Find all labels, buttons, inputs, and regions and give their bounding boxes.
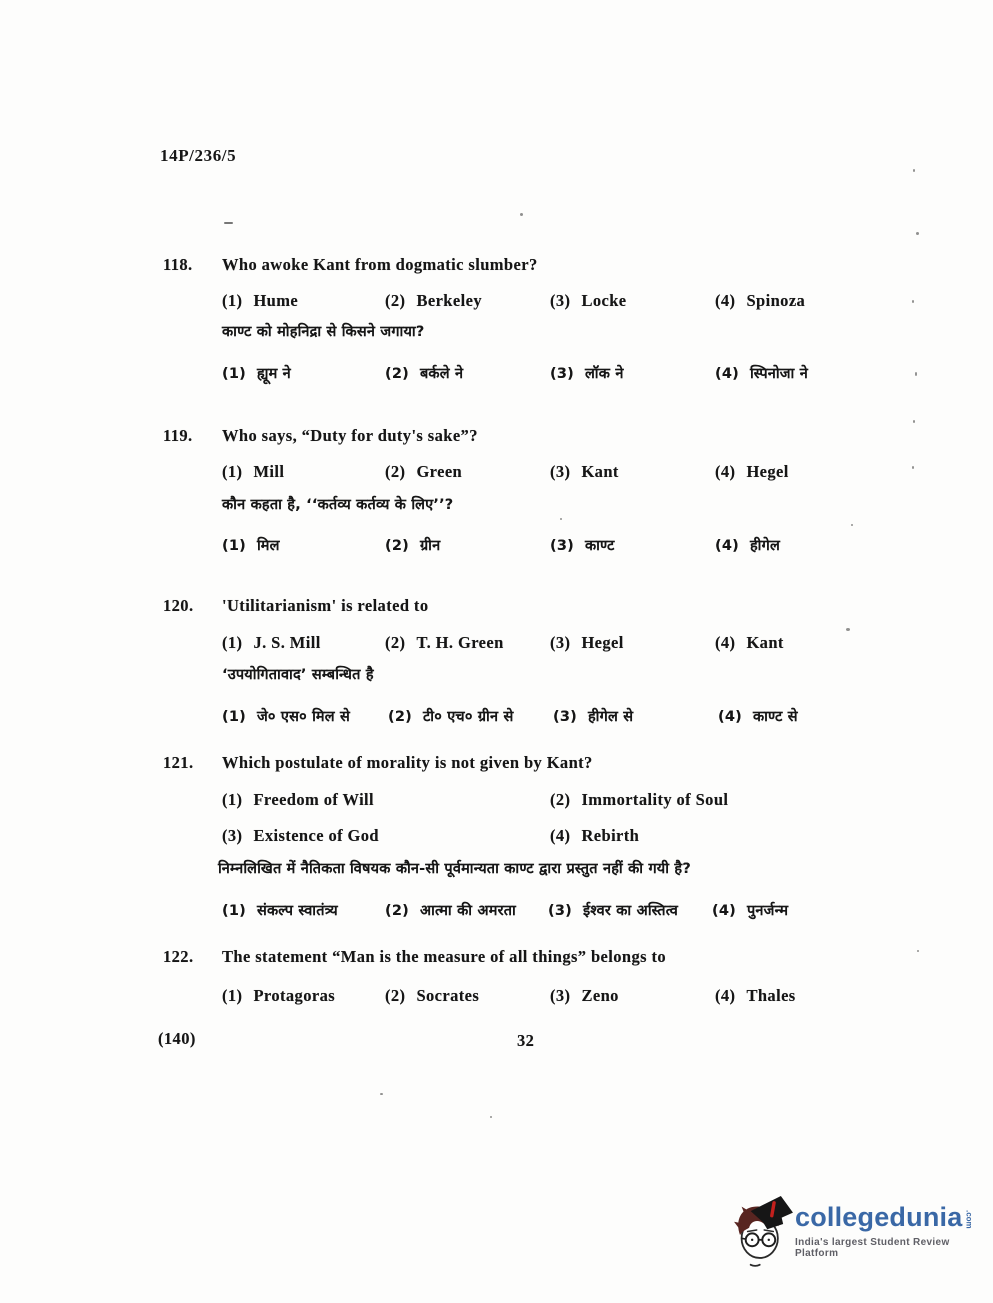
- option: (1)Mill: [222, 462, 284, 482]
- option-label: Thales: [746, 986, 795, 1005]
- option: (2)आत्मा की अमरता: [385, 900, 516, 920]
- option-label: ह्यूम ने: [257, 366, 291, 382]
- paper-code: 14P/236/5: [160, 146, 236, 166]
- option: (4)पुनर्जन्म: [712, 900, 788, 920]
- option: (2)बर्कले ने: [385, 363, 463, 383]
- option-label: Kant: [746, 633, 783, 652]
- scan-speckle: [915, 372, 917, 376]
- page-number: 32: [517, 1031, 534, 1051]
- option-label: Hume: [253, 291, 298, 310]
- option-number: (4): [712, 903, 736, 919]
- question-text-en: The statement “Man is the measure of all…: [222, 947, 666, 966]
- scan-speckle: [913, 169, 915, 172]
- option-number: (4): [718, 709, 742, 725]
- question-120: 120.'Utilitarianism' is related to: [163, 596, 428, 616]
- option-label: Berkeley: [416, 291, 482, 310]
- option-label: Rebirth: [581, 826, 639, 845]
- option-number: (2): [385, 291, 405, 310]
- scan-speckle: [912, 300, 914, 303]
- question-121-options-en-row1: (1)Freedom of Will (2)Immortality of Sou…: [0, 790, 993, 812]
- option-number: (4): [715, 633, 735, 652]
- question-119-hindi: कौन कहता है, ‘‘कर्तव्य कर्तव्य के लिए’’?: [222, 494, 453, 514]
- option-label: T. H. Green: [416, 633, 503, 652]
- question-121-options-en-row2: (3)Existence of God (4)Rebirth: [0, 826, 993, 848]
- option-label: Mill: [253, 462, 284, 481]
- option: (2)ग्रीन: [385, 535, 440, 555]
- option-label: Hegel: [746, 462, 788, 481]
- option-number: (1): [222, 986, 242, 1005]
- option: (3)Hegel: [550, 633, 624, 653]
- collegedunia-logo-text: collegedunia.com India's largest Student…: [795, 1204, 991, 1259]
- question-number: 119.: [163, 426, 222, 446]
- question-text-en: Which postulate of morality is not given…: [222, 753, 593, 772]
- option: (4)Spinoza: [715, 291, 805, 311]
- collegedunia-mascot-icon: [731, 1188, 799, 1272]
- question-122: 122.The statement “Man is the measure of…: [163, 947, 666, 967]
- option-label: Green: [416, 462, 462, 481]
- option: (3)Zeno: [550, 986, 619, 1006]
- option: (3)Kant: [550, 462, 619, 482]
- option-label: ग्रीन: [420, 538, 440, 554]
- option-label: Hegel: [581, 633, 623, 652]
- scan-speckle: [490, 1116, 492, 1118]
- question-121: 121.Which postulate of morality is not g…: [163, 753, 593, 773]
- option-number: (3): [553, 709, 577, 725]
- brand-name: collegedunia: [795, 1202, 962, 1232]
- option: (3)लॉक ने: [550, 363, 624, 383]
- option-label: हीगेल से: [588, 709, 633, 725]
- option-number: (2): [385, 538, 409, 554]
- question-121-hindi: निम्नलिखित में नैतिकता विषयक कौन-सी पूर्…: [218, 858, 691, 878]
- option-number: (1): [222, 291, 242, 310]
- option-number: (4): [550, 826, 570, 845]
- option: (4)Hegel: [715, 462, 789, 482]
- option-label: Spinoza: [746, 291, 805, 310]
- option-label: काण्ट: [585, 538, 615, 554]
- scanned-exam-page: 14P/236/5 118.Who awoke Kant from dogmat…: [0, 0, 993, 1303]
- scan-speckle: [520, 213, 523, 216]
- option: (4)Kant: [715, 633, 784, 653]
- option: (3)हीगेल से: [553, 706, 633, 726]
- question-number: 118.: [163, 255, 222, 275]
- option-label: जे० एस० मिल से: [257, 709, 350, 725]
- option: (2)टी० एच० ग्रीन से: [388, 706, 513, 726]
- option-number: (2): [385, 903, 409, 919]
- option-number: (3): [550, 291, 570, 310]
- option-label: हीगेल: [750, 538, 780, 554]
- option-number: (3): [548, 903, 572, 919]
- option: (3)ईश्वर का अस्तित्व: [548, 900, 678, 920]
- option-number: (1): [222, 903, 246, 919]
- option: (1)Hume: [222, 291, 298, 311]
- option-number: (2): [388, 709, 412, 725]
- option-label: Existence of God: [253, 826, 379, 845]
- option-label: J. S. Mill: [253, 633, 320, 652]
- option: (4)स्पिनोजा ने: [715, 363, 808, 383]
- option-number: (2): [385, 986, 405, 1005]
- option-number: (4): [715, 366, 739, 382]
- option-number: (4): [715, 462, 735, 481]
- question-number: 122.: [163, 947, 222, 967]
- option-number: (3): [550, 986, 570, 1005]
- option: (4)काण्ट से: [718, 706, 798, 726]
- question-121-options-hi: (1)संकल्प स्वातंत्र्य (2)आत्मा की अमरता …: [0, 900, 993, 922]
- option-number: (3): [222, 826, 242, 845]
- option-label: Freedom of Will: [253, 790, 374, 809]
- option-number: (3): [550, 366, 574, 382]
- option-label: आत्मा की अमरता: [420, 903, 516, 919]
- option: (1)J. S. Mill: [222, 633, 321, 653]
- question-120-options-hi: (1)जे० एस० मिल से (2)टी० एच० ग्रीन से (3…: [0, 706, 993, 728]
- footer-series: (140): [158, 1029, 196, 1049]
- question-122-options-en: (1)Protagoras (2)Socrates (3)Zeno (4)Tha…: [0, 986, 993, 1008]
- option-label: टी० एच० ग्रीन से: [423, 709, 514, 725]
- question-118-options-en: (1)Hume (2)Berkeley (3)Locke (4)Spinoza: [0, 291, 993, 313]
- option: (1)Protagoras: [222, 986, 335, 1006]
- option: (3)Existence of God: [222, 826, 379, 846]
- brand-tld: .com: [964, 1210, 973, 1229]
- option-number: (1): [222, 538, 246, 554]
- option: (1)मिल: [222, 535, 280, 555]
- option-label: लॉक ने: [585, 366, 624, 382]
- scan-speckle: [917, 950, 919, 952]
- option: (2)Socrates: [385, 986, 479, 1006]
- scan-speckle: [380, 1093, 383, 1095]
- option-number: (1): [222, 462, 242, 481]
- option-number: (2): [550, 790, 570, 809]
- scan-speckle: [851, 524, 853, 526]
- option-label: Protagoras: [253, 986, 335, 1005]
- option-number: (1): [222, 709, 246, 725]
- option: (1)संकल्प स्वातंत्र्य: [222, 900, 338, 920]
- option-number: (4): [715, 986, 735, 1005]
- question-118: 118.Who awoke Kant from dogmatic slumber…: [163, 255, 538, 275]
- option: (1)ह्यूम ने: [222, 363, 291, 383]
- option-label: Zeno: [581, 986, 618, 1005]
- question-120-options-en: (1)J. S. Mill (2)T. H. Green (3)Hegel (4…: [0, 633, 993, 655]
- scan-speckle: [224, 222, 233, 224]
- option-number: (2): [385, 633, 405, 652]
- option-number: (3): [550, 538, 574, 554]
- option-number: (1): [222, 633, 242, 652]
- option: (1)Freedom of Will: [222, 790, 374, 810]
- option-label: Locke: [581, 291, 626, 310]
- scan-speckle: [846, 628, 850, 631]
- scan-speckle: [560, 518, 562, 520]
- question-119-options-en: (1)Mill (2)Green (3)Kant (4)Hegel: [0, 462, 993, 484]
- option: (3)Locke: [550, 291, 627, 311]
- option: (2)Green: [385, 462, 462, 482]
- option-label: संकल्प स्वातंत्र्य: [257, 903, 338, 919]
- option-number: (2): [385, 366, 409, 382]
- scan-speckle: [913, 420, 915, 423]
- option-label: ईश्वर का अस्तित्व: [583, 903, 678, 919]
- question-120-hindi: ‘उपयोगितावाद’ सम्बन्धित है: [222, 664, 374, 684]
- question-118-hindi: काण्ट को मोहनिद्रा से किसने जगाया?: [222, 321, 424, 341]
- scan-speckle: [912, 466, 914, 469]
- option-label: मिल: [257, 538, 280, 554]
- question-text-en: Who says, “Duty for duty's sake”?: [222, 426, 478, 445]
- option-number: (4): [715, 291, 735, 310]
- option-number: (1): [222, 366, 246, 382]
- option-label: बर्कले ने: [420, 366, 463, 382]
- option: (2)Immortality of Soul: [550, 790, 728, 810]
- question-119-options-hi: (1)मिल (2)ग्रीन (3)काण्ट (4)हीगेल: [0, 535, 993, 557]
- question-number: 120.: [163, 596, 222, 616]
- brand-tagline: India's largest Student Review Platform: [795, 1237, 991, 1259]
- option-number: (4): [715, 538, 739, 554]
- question-text-en: 'Utilitarianism' is related to: [222, 596, 428, 615]
- option-number: (3): [550, 462, 570, 481]
- option: (4)हीगेल: [715, 535, 780, 555]
- question-119: 119.Who says, “Duty for duty's sake”?: [163, 426, 478, 446]
- option: (4)Rebirth: [550, 826, 639, 846]
- option: (4)Thales: [715, 986, 796, 1006]
- question-text-en: Who awoke Kant from dogmatic slumber?: [222, 255, 538, 274]
- option-number: (3): [550, 633, 570, 652]
- option-number: (2): [385, 462, 405, 481]
- option-label: पुनर्जन्म: [747, 903, 788, 919]
- question-118-options-hi: (1)ह्यूम ने (2)बर्कले ने (3)लॉक ने (4)स्…: [0, 363, 993, 385]
- option: (2)T. H. Green: [385, 633, 504, 653]
- option-number: (1): [222, 790, 242, 809]
- question-number: 121.: [163, 753, 222, 773]
- option-label: स्पिनोजा ने: [750, 366, 808, 382]
- option-label: काण्ट से: [753, 709, 798, 725]
- option: (3)काण्ट: [550, 535, 614, 555]
- option-label: Immortality of Soul: [581, 790, 728, 809]
- scan-speckle: [916, 232, 919, 235]
- option-label: Kant: [581, 462, 618, 481]
- collegedunia-logo: collegedunia.com India's largest Student…: [731, 1186, 991, 1278]
- option-label: Socrates: [416, 986, 479, 1005]
- option: (2)Berkeley: [385, 291, 482, 311]
- option: (1)जे० एस० मिल से: [222, 706, 350, 726]
